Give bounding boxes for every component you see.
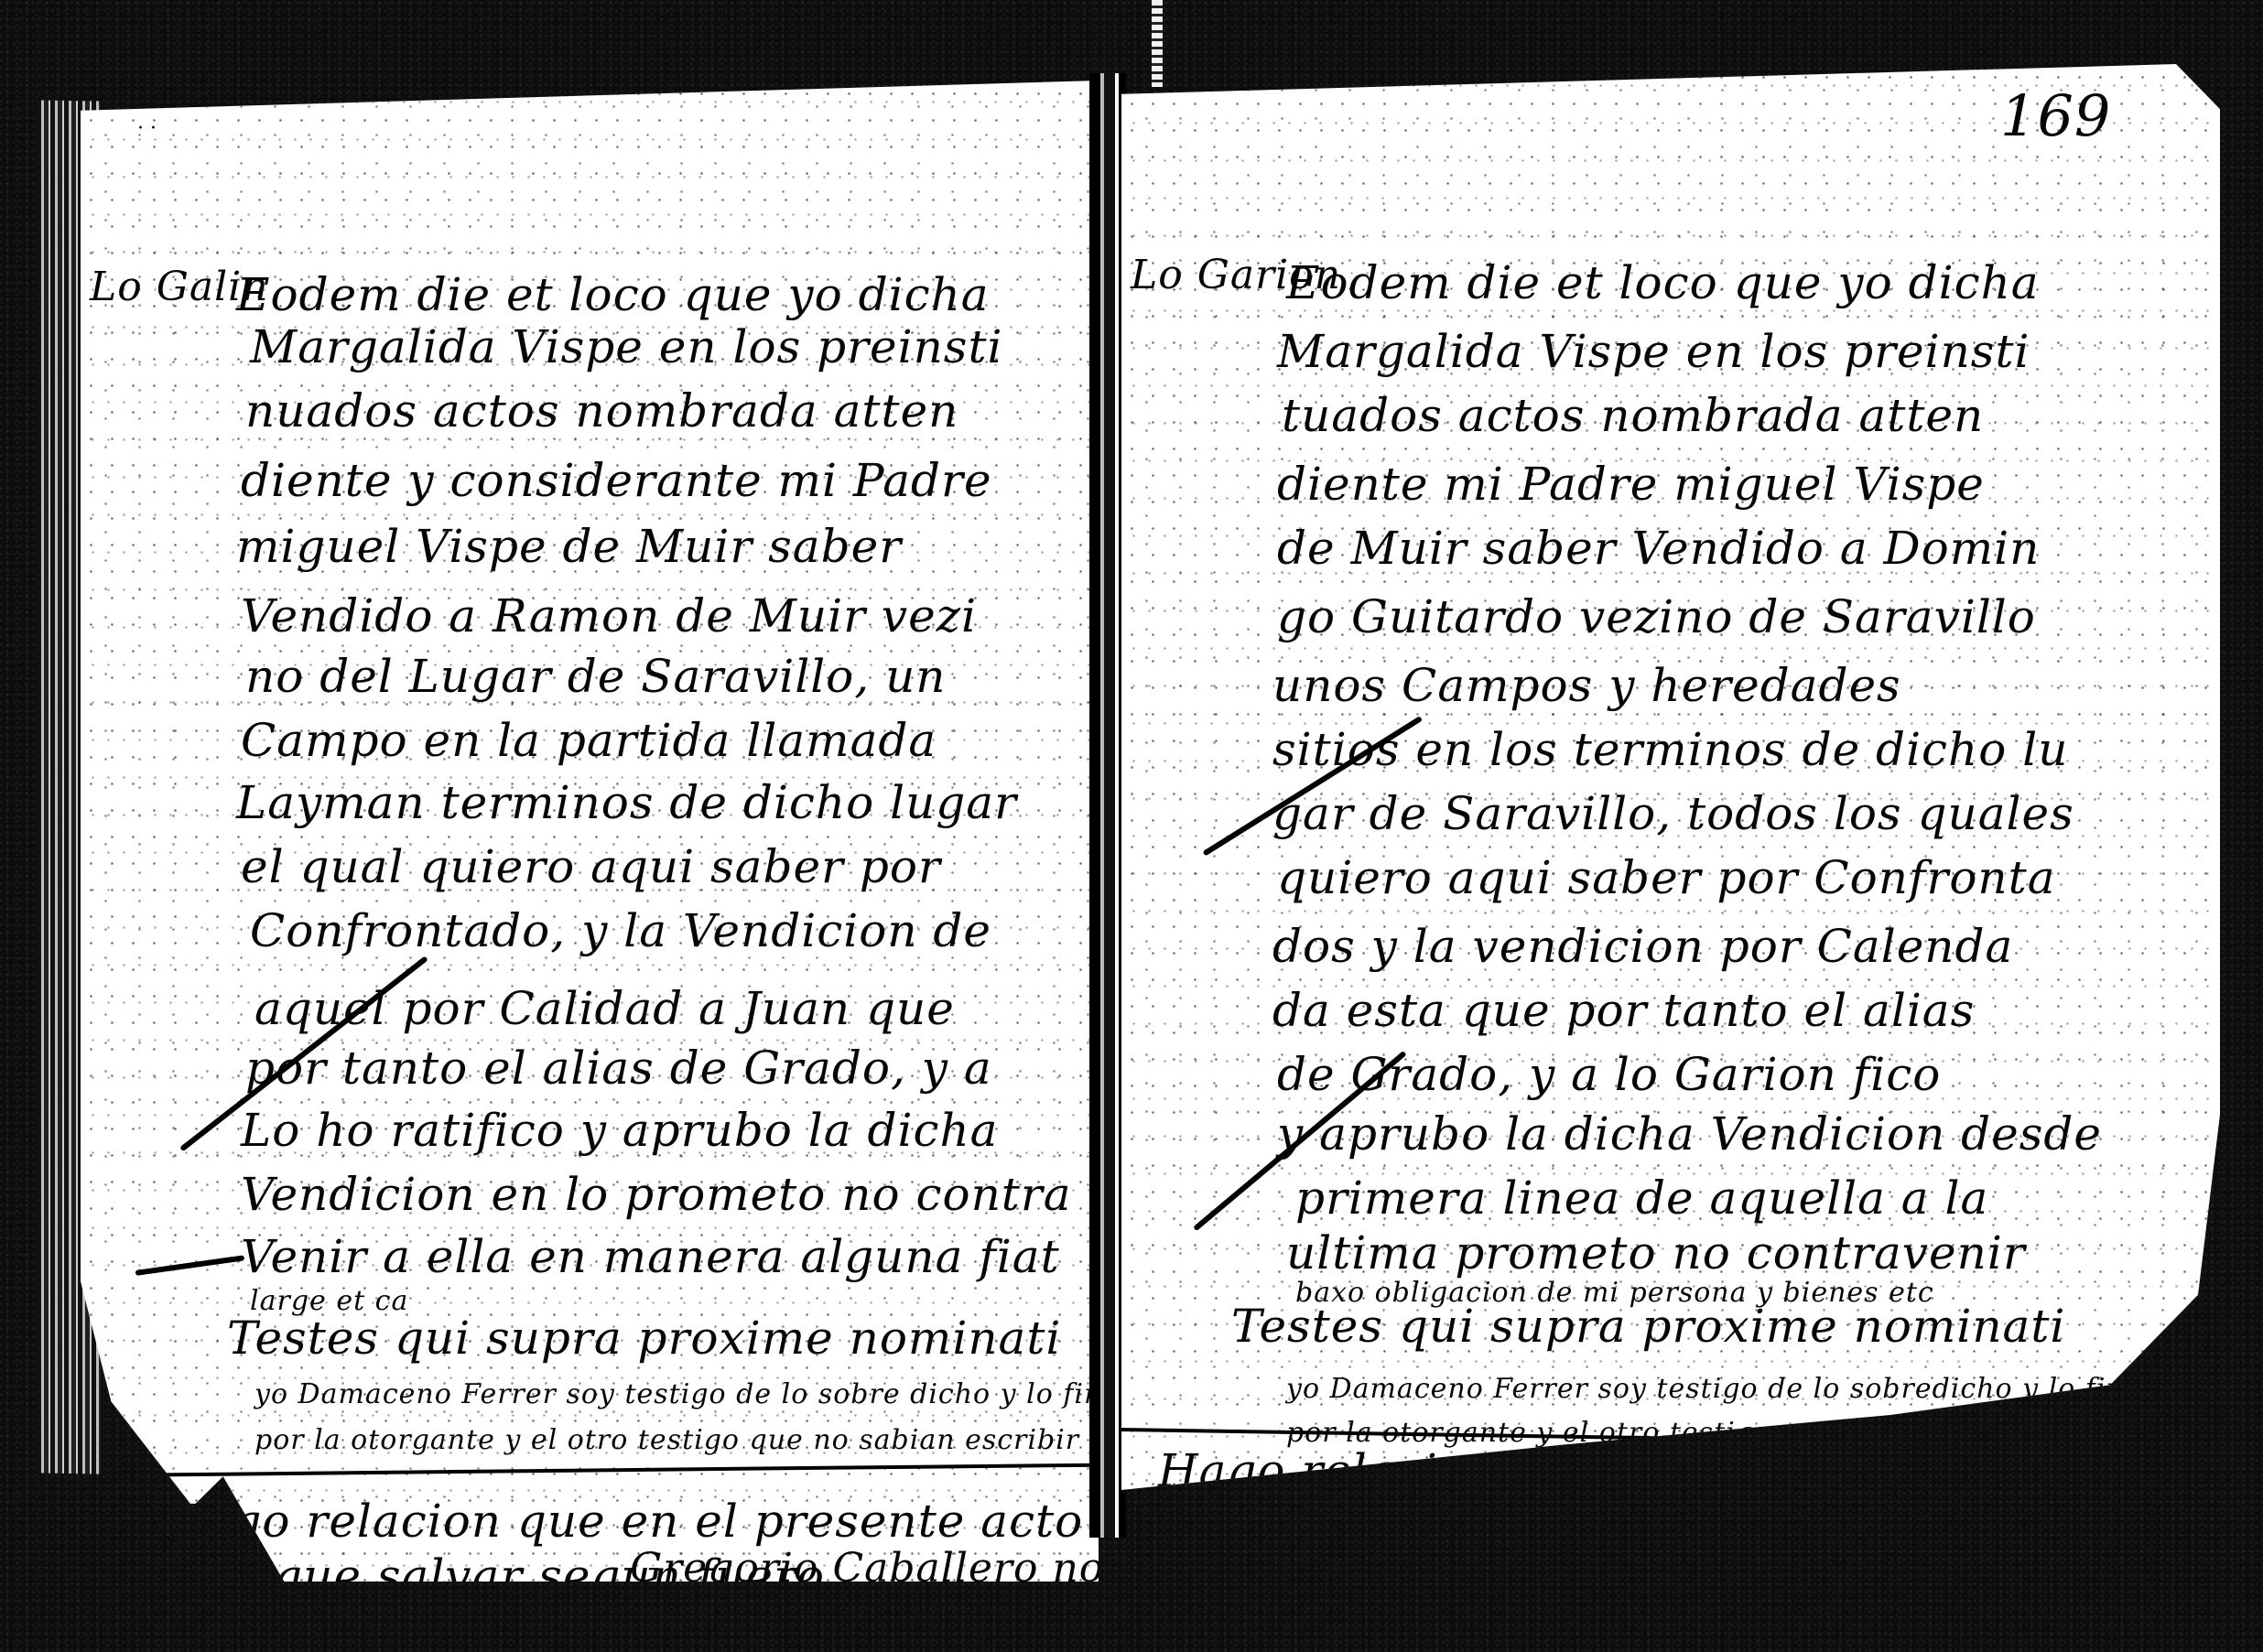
- flourish-stroke: [135, 1255, 245, 1276]
- text-line: diente y considerante mi Padre: [241, 454, 992, 507]
- text-line: nuados actos nombrada atten: [245, 384, 958, 437]
- text-line: gar de Saravillo, todos los quales: [1272, 787, 2074, 840]
- notary-line: Hago relacion que en el presente acto: [163, 1495, 1083, 1548]
- text-line: diente mi Padre miguel Vispe: [1277, 458, 1985, 511]
- text-line: de Muir saber Vendido a Domin: [1277, 522, 2040, 575]
- text-line: primera linea de aquella a la: [1295, 1172, 1988, 1225]
- text-line: Confrontado, y la Vendicion de: [250, 904, 991, 957]
- text-line: el qual quiero aqui saber por: [241, 840, 941, 893]
- right-page: 169 Lo Garion Eodem die et loco que yo d…: [1121, 64, 2220, 1565]
- corner-marks: · ·: [137, 117, 157, 140]
- notary-signature: Gregorio Caballero notario: [630, 1545, 1099, 1582]
- text-line: Eodem die et loco que yo dicha: [1286, 256, 2040, 309]
- text-line: dos y la vendicion por Calenda: [1272, 920, 2013, 973]
- text-line: miguel Vispe de Muir saber: [236, 520, 902, 573]
- text-line: Vendicion en lo prometo no contra: [241, 1168, 1072, 1221]
- text-line: Eodem die et loco que yo dicha: [236, 268, 990, 321]
- left-page: · · Lo Galin Eodem die et loco que yo di…: [81, 81, 1099, 1582]
- text-line: Lo ho ratifico y aprubo la dicha: [241, 1104, 998, 1157]
- witness-line: por la otorgante y el otro testigo que n…: [254, 1424, 1079, 1456]
- text-line: Layman terminos de dicho lugar: [236, 776, 1017, 829]
- text-line: Vendido a Ramon de Muir vezi: [241, 589, 977, 642]
- testes-line: Testes qui supra proxime nominati: [1231, 1300, 2065, 1353]
- text-line: ultima prometo no contravenir: [1286, 1226, 2026, 1279]
- binding-tie: [1152, 0, 1163, 87]
- folio-number: 169: [2000, 82, 2111, 149]
- text-line: sitios en los terminos de dicho lu: [1272, 723, 2068, 776]
- book-spine: [1089, 73, 1126, 1538]
- text-line: go Guitardo vezino de Saravillo: [1277, 590, 2036, 643]
- text-line: y aprubo la dicha Vendicion desde: [1277, 1107, 2102, 1161]
- text-line: Margalida Vispe en los preinsti: [250, 320, 1003, 373]
- witness-line: yo Damaceno Ferrer soy testigo de lo sob…: [254, 1378, 1099, 1410]
- testes-line: Testes qui supra proxime nominati: [227, 1312, 1061, 1365]
- text-line: por tanto el alias de Grado, y a: [245, 1042, 992, 1095]
- separator-rule: [108, 1463, 1097, 1477]
- text-line: da esta que por tanto el alias: [1272, 984, 1975, 1037]
- text-line: tuados actos nombrada atten: [1282, 389, 1984, 442]
- text-line: Venir a ella en manera alguna fiat: [241, 1230, 1060, 1283]
- text-line: unos Campos y heredades: [1272, 659, 1901, 712]
- text-line: Margalida Vispe en los preinsti: [1277, 325, 2030, 378]
- text-line: no del Lugar de Saravillo, un: [245, 650, 946, 703]
- text-line: quiero aqui saber por Confronta: [1277, 851, 2056, 904]
- text-line: Campo en la partida llamada: [241, 714, 937, 767]
